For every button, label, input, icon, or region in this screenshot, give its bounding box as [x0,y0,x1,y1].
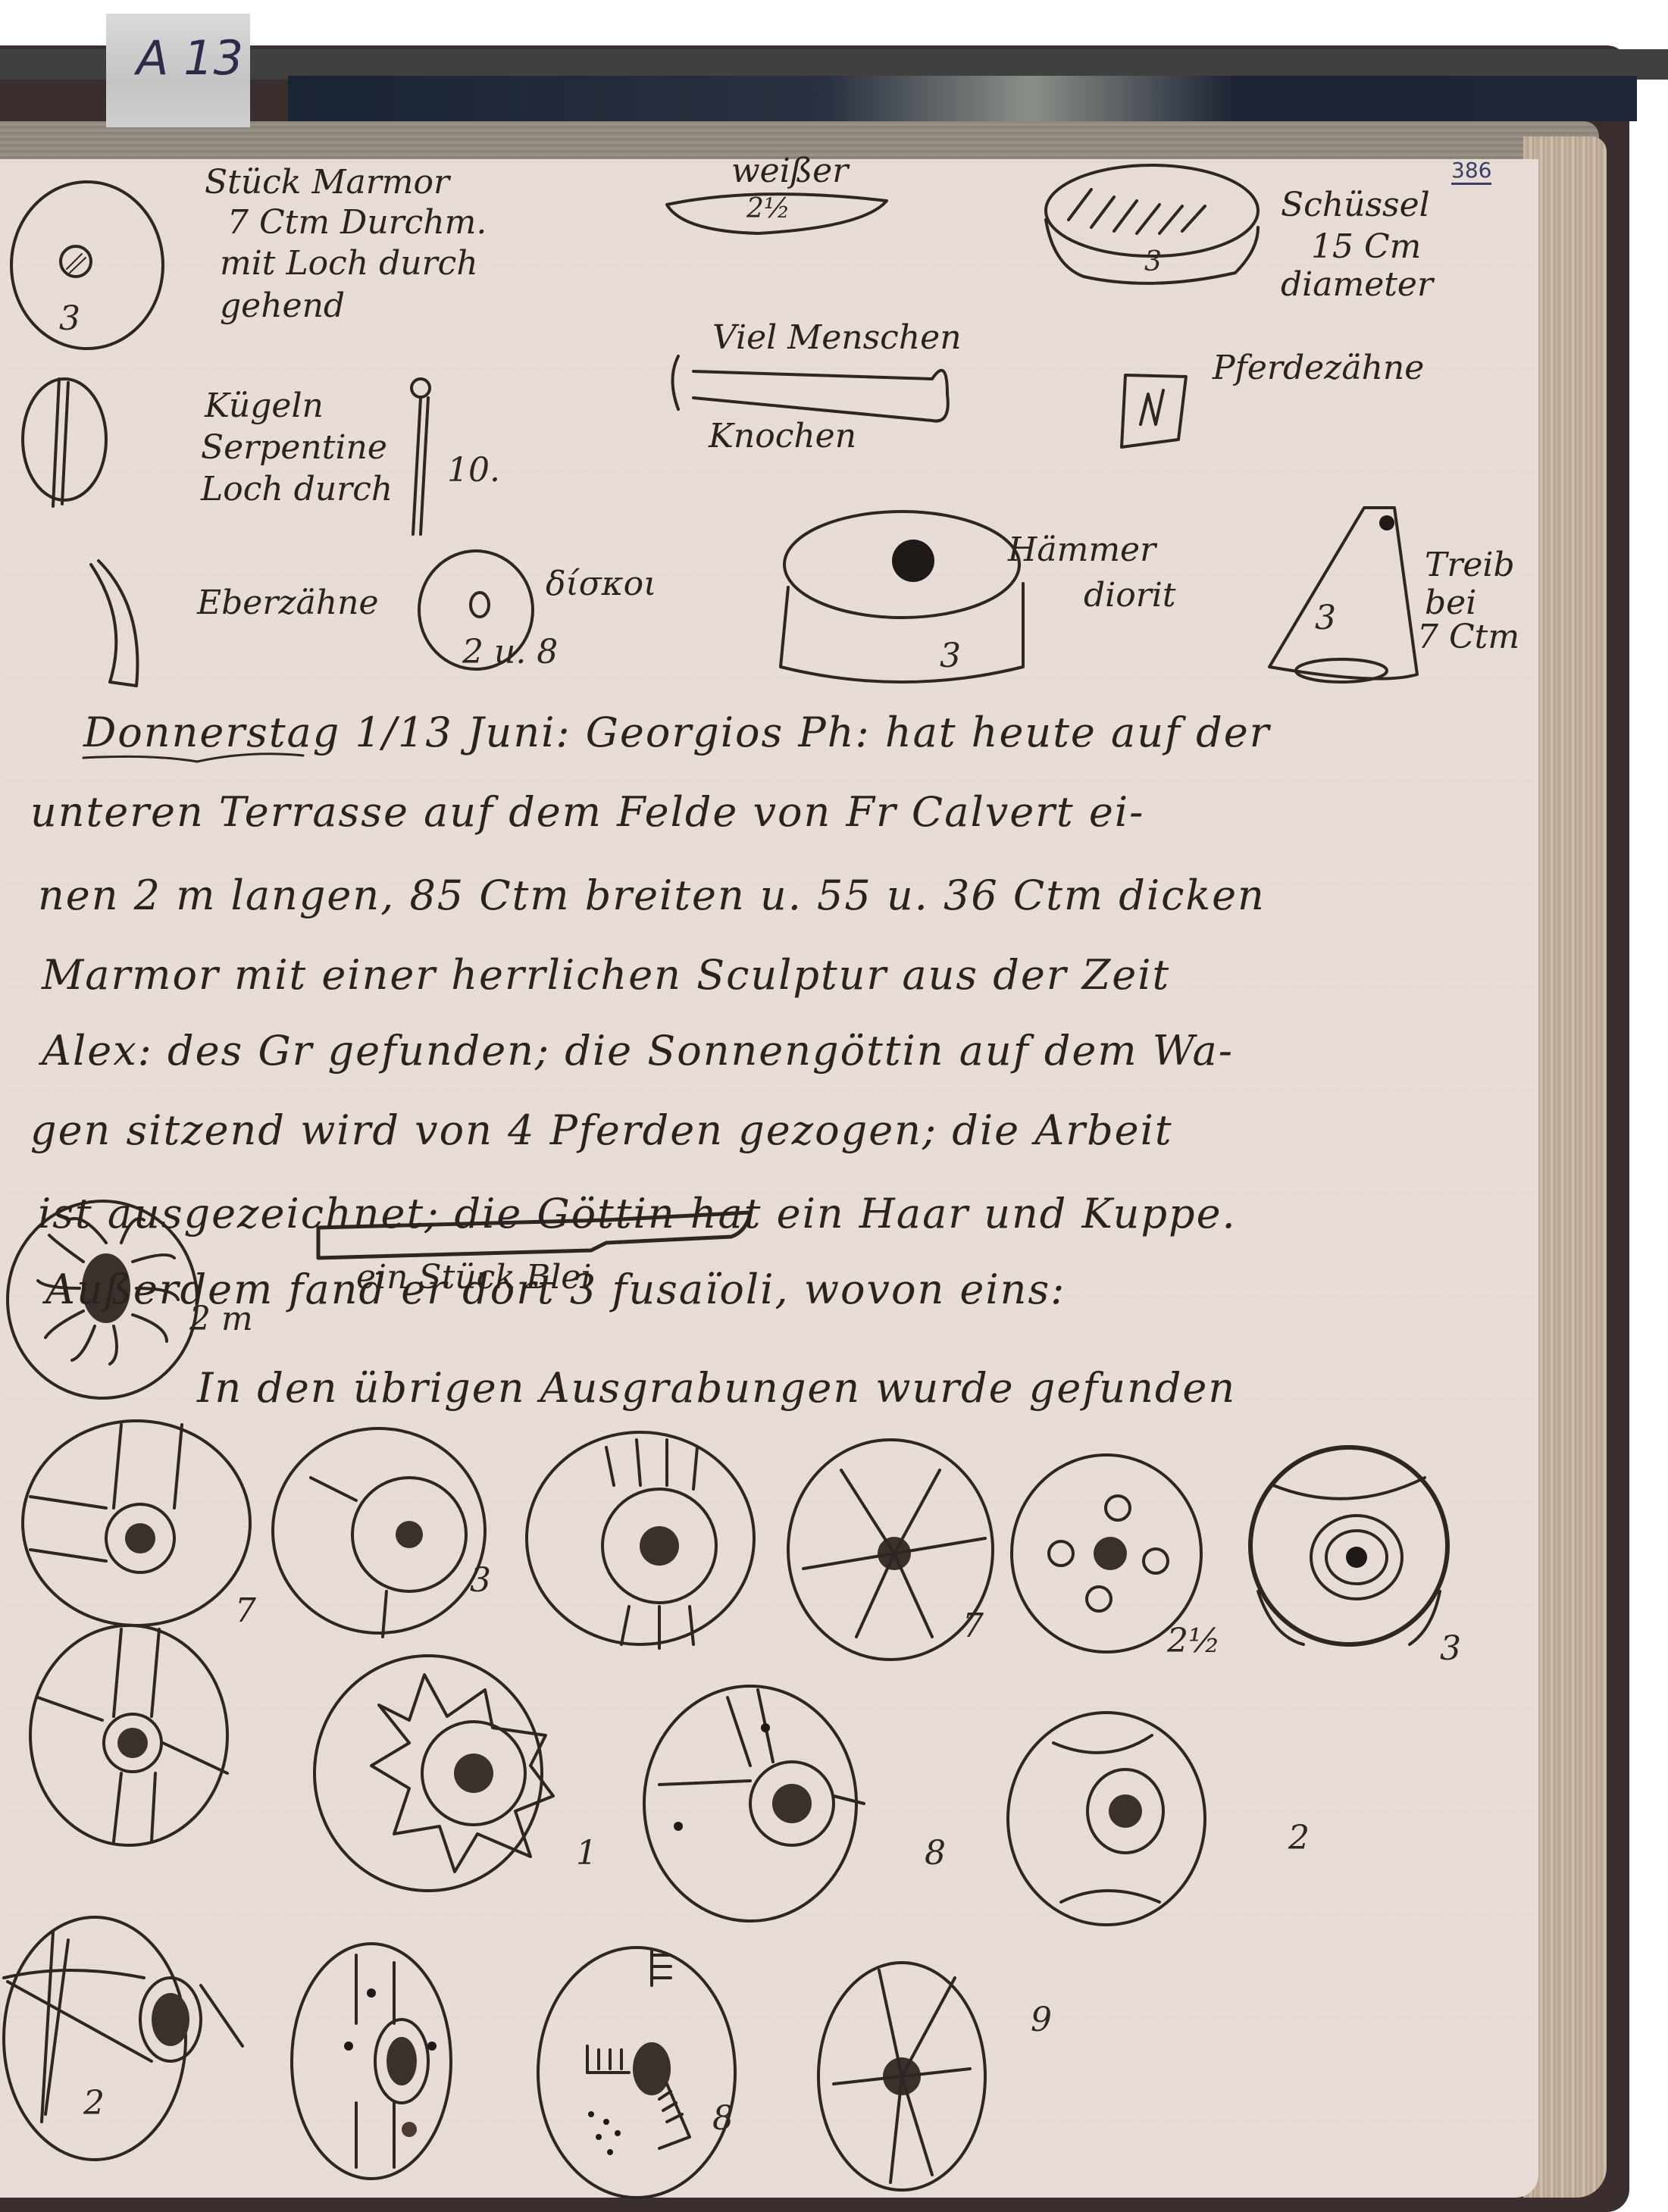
bone-tool-label-1: Viel Menschen [712,318,962,357]
weight-label-2: bei [1425,584,1476,622]
hammer-label-2: diorit [1084,576,1176,615]
disk-scale: 2 u. 8 [462,633,558,671]
boar-tusk-sketch [91,561,137,686]
entry-line-1: Donnerstag 1/13 Juni: Georgios Ph: hat h… [83,709,1270,756]
whorl-scale: 2 [1288,1819,1310,1857]
whorl-scale: 3 [1440,1629,1461,1668]
entry-line-4: Marmor mit einer herrlichen Sculptur aus… [42,951,1170,999]
whorl-scale: 7 [962,1607,984,1645]
whorl-scale: 2½ [1167,1622,1221,1660]
flat-stone-scale: 2½ [746,193,790,224]
pin-scale: 10. [447,451,500,490]
hammer-scale: 3 [940,637,961,675]
whorl-scale: 7 [235,1591,256,1630]
marble-disc-label-3: mit Loch durch [220,244,478,283]
bead-label-1: Kügeln [205,386,324,425]
bowl-label-3: diameter [1281,265,1433,304]
entry-line-2: unteren Terrasse auf dem Felde von Fr Ca… [30,788,1144,836]
flat-stone-label: weißer [731,152,848,190]
bead-label-2: Serpentine [201,428,387,467]
whorl-scale: 8 [712,2099,734,2138]
disk-label: δίσκοι [546,565,656,603]
marble-disc-label-1: Stück Marmor [205,163,449,202]
bone-tool-label-2: Knochen [709,417,856,455]
marble-disc-label-4: gehend [220,286,345,325]
closing-line: In den übrigen Ausgrabungen wurde gefund… [197,1364,1236,1412]
bone-tool-sketch [673,356,948,421]
sun-whorl-scale: 2 m [189,1300,253,1338]
hammer-sketch [781,512,1023,682]
marble-disc-label-2: 7 Ctm Durchm. [227,203,487,242]
bead-label-3: Loch durch [201,470,393,508]
bowl-scale: 3 [1144,246,1162,277]
weight-label-3: 7 Ctm [1417,618,1519,656]
entry-line-3: nen 2 m langen, 85 Ctm breiten u. 55 u. … [38,871,1266,919]
entry-line-5: Alex: des Gr gefunden; die Sonnengöttin … [42,1027,1234,1075]
pin-sketch [412,379,430,534]
boar-tusk-label: Eberzähne [197,584,379,622]
entry-line-7: ist ausgezeichnet; die Göttin hat ein Ha… [38,1190,1237,1237]
bead-sketch [23,379,106,506]
hammer-label-1: Hämmer [1008,530,1156,569]
weight-scale: 3 [1315,599,1336,637]
horse-tooth-label: Pferdezähne [1213,349,1424,387]
horse-tooth-sketch [1122,375,1186,447]
bowl-label-1: Schüssel [1281,186,1430,224]
entry-line-6: gen sitzend wird von 4 Pferden gezogen; … [30,1106,1173,1154]
marble-disc-scale: 3 [59,299,80,338]
whorl-scale: 2 [83,2084,105,2123]
whorls-row-2 [30,1625,1205,1925]
whorl-scale: 1 [576,1834,597,1873]
whorl-scale: 3 [470,1561,491,1600]
whorl-scale: 8 [925,1834,946,1873]
loom-weight-sketch [1269,508,1417,682]
marble-disc-sketch [11,182,163,349]
whorls-row-3 [4,1917,985,2198]
weight-label-1: Treib [1425,546,1515,584]
whorl-scale: 9 [1031,2001,1052,2039]
bowl-label-2: 15 Cm [1311,227,1421,266]
lead-label: ein Stück Blei [356,1258,591,1297]
